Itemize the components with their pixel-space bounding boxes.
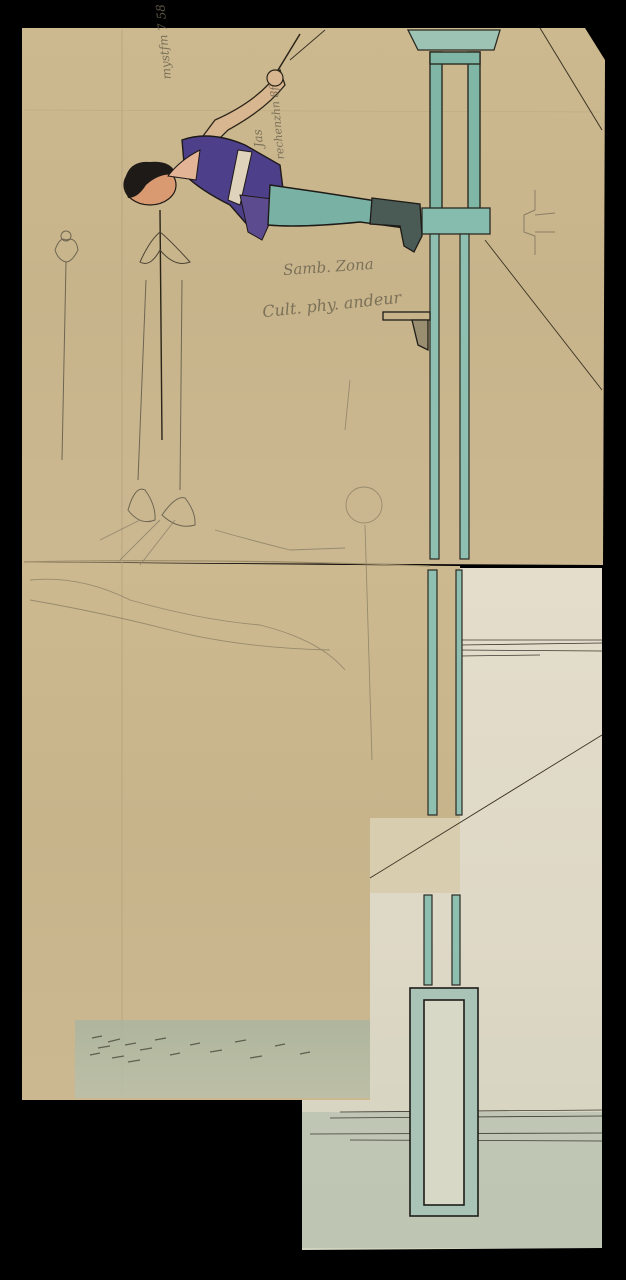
sketch-drawing	[0, 0, 626, 1280]
pole-base	[410, 988, 478, 1216]
inscription-vertical-2: Jas	[250, 129, 266, 148]
artwork-canvas: Samb. Zona Cult. phy. andeur mystfm 7 58…	[0, 0, 626, 1280]
pole-collar	[422, 208, 490, 234]
pole-capital	[408, 30, 500, 50]
paper-patch	[370, 818, 460, 893]
